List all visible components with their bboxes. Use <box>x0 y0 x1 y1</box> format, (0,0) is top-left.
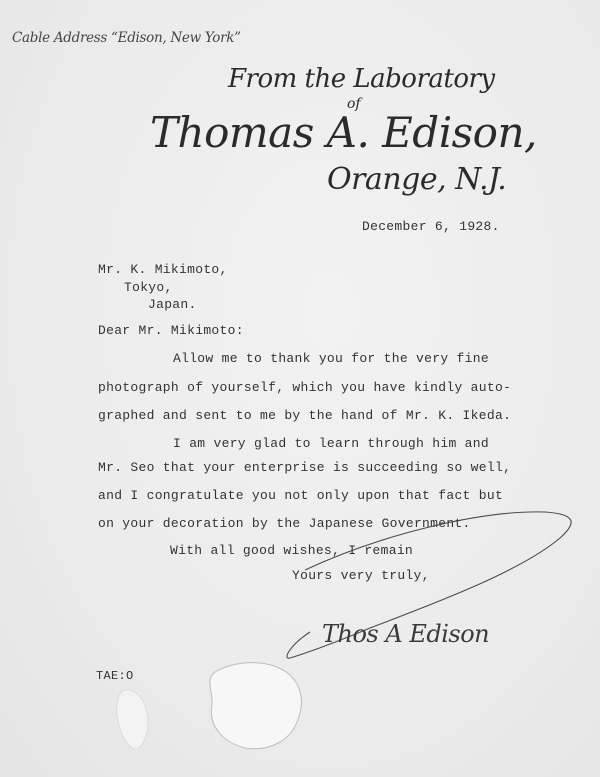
closing: Yours very truly, <box>292 568 430 583</box>
letterhead-city: Orange, N.J. <box>327 162 506 197</box>
body-line: photograph of yourself, which you have k… <box>98 380 511 395</box>
recipient-country: Japan. <box>148 297 197 312</box>
salutation: Dear Mr. Mikimoto: <box>98 323 244 338</box>
body-line: I am very glad to learn through him and <box>173 436 489 451</box>
letter-date: December 6, 1928. <box>362 219 500 234</box>
body-line: on your decoration by the Japanese Gover… <box>98 516 471 531</box>
body-line: Mr. Seo that your enterprise is succeedi… <box>98 460 511 475</box>
recipient-city: Tokyo, <box>124 280 173 295</box>
letter-page: Cable Address “Edison, New York” From th… <box>0 0 600 777</box>
letterhead-name: Thomas A. Edison, <box>150 108 537 157</box>
body-line: and I congratulate you not only upon tha… <box>98 488 503 503</box>
body-line: With all good wishes, I remain <box>170 543 413 558</box>
body-line: Allow me to thank you for the very fine <box>173 351 489 366</box>
cable-address: Cable Address “Edison, New York” <box>12 30 241 46</box>
body-line: graphed and sent to me by the hand of Mr… <box>98 408 511 423</box>
recipient-name: Mr. K. Mikimoto, <box>98 262 228 277</box>
reference-initials: TAE:O <box>96 669 134 683</box>
letterhead-from-line: From the Laboratory <box>228 64 495 94</box>
signature: Thos A Edison <box>322 620 489 648</box>
